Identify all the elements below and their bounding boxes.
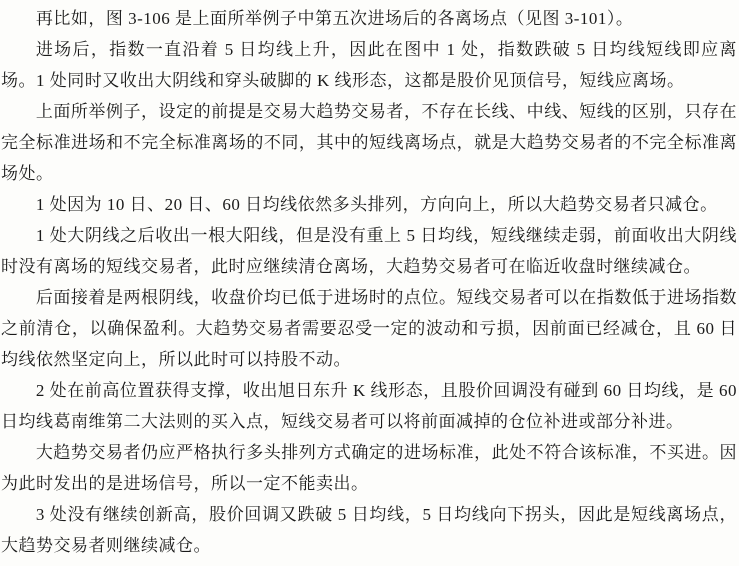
paragraph: 3 处没有继续创新高，股价回调又跌破 5 日均线，5 日均线向下拐头，因此是短线… (1, 499, 737, 561)
paragraph: 1 处因为 10 日、20 日、60 日均线依然多头排列，方向向上，所以大趋势交… (1, 189, 737, 220)
paragraph: 2 处在前高位置获得支撑，收出旭日东升 K 线形态，且股价回调没有碰到 60 日… (1, 375, 737, 437)
paragraph: 进场后，指数一直沿着 5 日均线上升，因此在图中 1 处，指数跌破 5 日均线短… (1, 34, 737, 96)
paragraph: 上面所举例子，设定的前提是交易大趋势交易者，不存在长线、中线、短线的区别，只存在… (1, 96, 737, 189)
paragraph: 再比如，图 3-106 是上面所举例子中第五次进场后的各离场点（见图 3-101… (1, 3, 737, 34)
paragraph: 后面接着是两根阴线，收盘价均已低于进场时的点位。短线交易者可以在指数低于进场指数… (1, 282, 737, 375)
paragraph: 1 处大阴线之后收出一根大阳线，但是没有重上 5 日均线，短线继续走弱，前面收出… (1, 220, 737, 282)
document-page: 再比如，图 3-106 是上面所举例子中第五次进场后的各离场点（见图 3-101… (0, 0, 739, 566)
paragraph: 大趋势交易者仍应严格执行多头排列方式确定的进场标准，此处不符合该标准，不买进。因… (1, 437, 737, 499)
